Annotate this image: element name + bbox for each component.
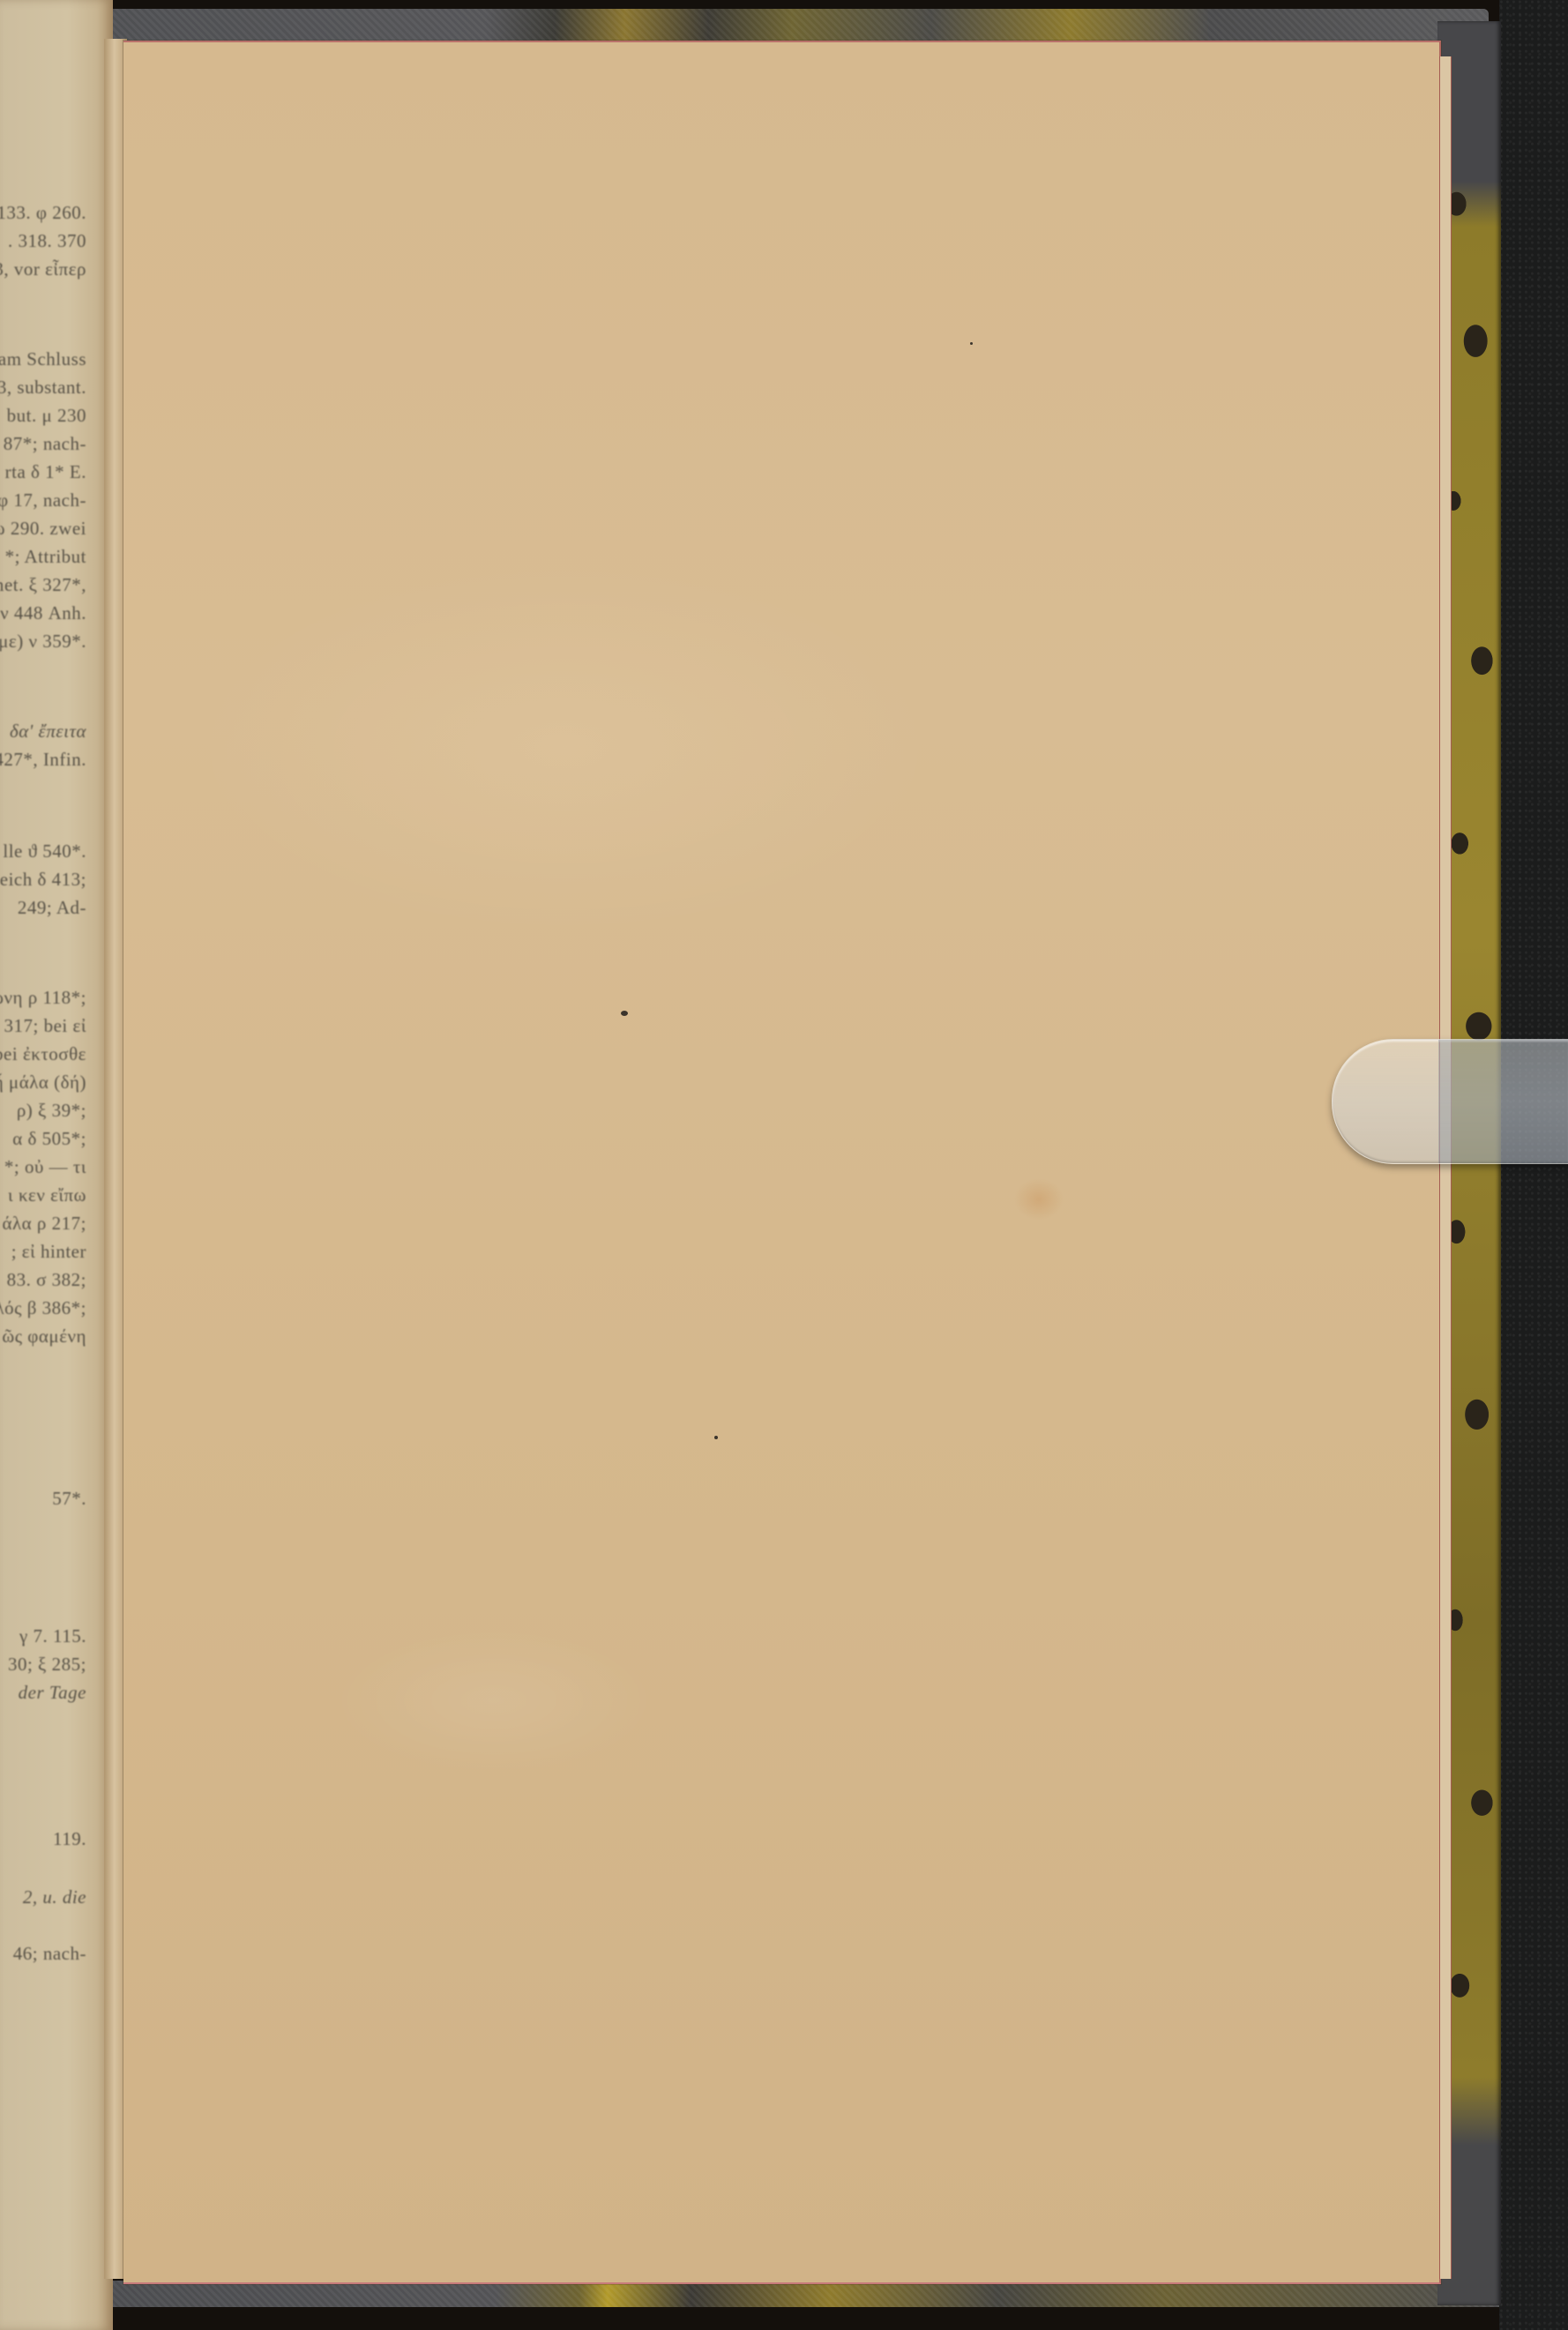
left-page-text-line: bei ἐκτοσθε [0, 1041, 86, 1068]
paper-speck [621, 1011, 628, 1016]
paper-speck [714, 1436, 718, 1439]
left-page-text-line: *; Attribut [5, 543, 86, 571]
left-page-text-line: 87*; nach- [4, 430, 86, 458]
left-page-text-line: ρ) ξ 39*; [17, 1097, 86, 1124]
left-page-text-line: ω 290. zwei [0, 515, 86, 542]
left-page-text-line: με) ν 359*. [0, 628, 86, 655]
left-page-text-line: 249; Ad- [18, 894, 86, 922]
left-page-text-line: α δ 505*; [12, 1125, 86, 1153]
left-page-text-line: δα' ἔπειτα [10, 718, 86, 745]
right-page-blank-endpaper [123, 41, 1441, 2284]
bottom-cover-edge [106, 2281, 1499, 2307]
left-page-text-line: 57*. [52, 1485, 86, 1512]
left-page-text-line: but. μ 230 [7, 402, 86, 429]
left-page-text-line: 427*, Infin. [0, 746, 86, 773]
left-page-text-line: γ 7. 115. [19, 1623, 86, 1650]
left-page-text-line: 133. φ 260. [0, 199, 86, 227]
left-page-text-line: ; εἰ hinter [11, 1238, 86, 1266]
left-page-text-line: 83. σ 382; [7, 1266, 86, 1294]
page-holder-tab [1332, 1039, 1568, 1164]
left-page-text-line: der Tage [19, 1679, 86, 1706]
left-page-text-line: λός β 386*; [0, 1295, 86, 1322]
left-page-text-line: 46; nach- [13, 1940, 86, 1968]
left-page-text-line: 3, substant. [0, 374, 86, 401]
left-page-text-line: lle ϑ 540*. [3, 838, 86, 865]
left-page-text-line: ώνη ρ 118*; [0, 984, 86, 1012]
left-page-text-line: 2, u. die [23, 1884, 86, 1911]
left-page-text-line: ἦ μάλα (δή) [0, 1069, 86, 1096]
left-page-text-line: ῶς φαμένη [2, 1323, 86, 1350]
left-page-text-line: άλα ρ 217; [2, 1210, 86, 1237]
left-page-text-line: 317; bei εἰ [4, 1012, 86, 1040]
left-page-text-line: . 318. 370 [8, 228, 86, 255]
left-page-text-line: ν 448 Anh. [0, 600, 86, 627]
left-page-text-line: ι κεν εἴπω [8, 1182, 86, 1209]
top-cover-edge [95, 9, 1489, 42]
left-page-text-line: eich δ 413; [0, 866, 86, 893]
left-page-text-line: met. ξ 327*, [0, 571, 86, 599]
page-block-edge [1439, 56, 1452, 2279]
left-page-text-line: 30; ξ 285; [8, 1651, 86, 1678]
left-page-text-line: *; οὐ — τι [4, 1154, 86, 1181]
left-page-text-line: 3, vor εἶπερ [0, 256, 86, 283]
left-page-text-line: 119. [53, 1826, 86, 1853]
left-page-text-line: rta δ 1* E. [5, 459, 86, 486]
left-page-text-line: . φ 17, nach- [0, 487, 86, 514]
left-page-text-line: am Schluss [0, 346, 86, 373]
paper-speck [970, 342, 973, 345]
left-page: 133. φ 260.. 318. 3703, vor εἶπερam Schl… [0, 0, 113, 2330]
